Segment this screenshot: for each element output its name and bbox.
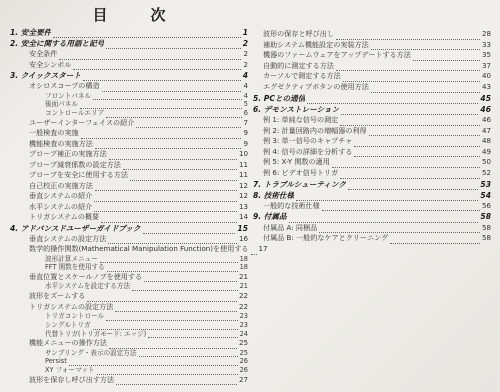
toc-entry[interactable]: 例 3: 単一信号のキャプチャ48 <box>253 136 491 147</box>
toc-entry-label: 例 4: 信号の詳細を分析する <box>263 147 352 158</box>
toc-entry[interactable]: コントロールエリア6 <box>10 109 248 118</box>
toc-entry[interactable]: Persist26 <box>10 357 248 366</box>
toc-entry-page: 14 <box>239 212 248 223</box>
toc-entry[interactable]: 9. 付属品58 <box>253 211 491 222</box>
toc-entry[interactable]: 後面パネル5 <box>10 100 248 109</box>
toc-entry-label: 8. 技術仕様 <box>253 190 294 201</box>
toc-entry[interactable]: 7. トラブルシューティング53 <box>253 179 491 190</box>
toc-entry-label: 機能メニューの操作方法 <box>29 338 107 349</box>
toc-entry-page: 22 <box>239 302 248 313</box>
toc-entry[interactable]: 波形の保存と呼び出し28 <box>253 29 491 40</box>
toc-entry-page: 58 <box>480 211 491 222</box>
toc-entry-label: 3. クイックスタート <box>10 70 81 81</box>
toc-entry-label: 波形を保存し呼び出す方法 <box>29 375 114 386</box>
toc-entry[interactable]: 自動的に測定する方法37 <box>253 61 491 72</box>
toc-entry-label: フロントパネル <box>45 92 91 101</box>
toc-entry-page: 10 <box>239 149 248 160</box>
toc-entry-page: 4 <box>243 70 248 81</box>
toc-entry[interactable]: 1. 安全要件1 <box>10 27 248 38</box>
toc-entry-label: 例 3: 単一信号のキャプチャ <box>263 136 352 147</box>
toc-entry-page: 45 <box>480 93 491 104</box>
toc-column-right: 波形の保存と呼び出し28補助システム機能設定の実装方法33機器のファームウェアを… <box>253 29 491 244</box>
toc-entry-label: プローブ補正の実施方法 <box>29 149 107 160</box>
toc-entry-page: 24 <box>240 330 248 339</box>
toc-entry[interactable]: 一般的な技術仕様56 <box>253 201 491 212</box>
toc-entry-label: 9. 付属品 <box>253 211 287 222</box>
toc-entry-page: 21 <box>240 282 248 291</box>
toc-entry-page: 35 <box>482 50 491 61</box>
toc-entry[interactable]: 数学的操作関数(Mathematical Manipulation Functi… <box>10 244 248 255</box>
page-title: 目 次 <box>10 4 248 25</box>
toc-entry[interactable]: 例 1: 単純な信号の測定46 <box>253 115 491 126</box>
toc-entry[interactable]: 付属品 A: 同梱品58 <box>253 223 491 234</box>
toc-entry-page: 25 <box>239 338 248 349</box>
toc-entry[interactable]: カーソルで測定する方法40 <box>253 71 491 82</box>
toc-entry[interactable]: プローブ補正の実施方法10 <box>10 149 248 160</box>
toc-entry-page: 18 <box>240 255 248 264</box>
toc-entry-page: 7 <box>243 118 248 129</box>
toc-entry[interactable]: ユーザーインターフェイスの紹介7 <box>10 118 248 129</box>
toc-entry-label: ユーザーインターフェイスの紹介 <box>29 118 134 129</box>
toc-entry-page: 26 <box>240 357 248 366</box>
toc-entry[interactable]: シングルトリガ23 <box>10 321 248 330</box>
toc-entry[interactable]: 機器のファームウェアをアップデートする方法35 <box>253 50 491 61</box>
dot-leader <box>390 241 480 244</box>
toc-entry[interactable]: トリガシステムの設定方法22 <box>10 302 248 313</box>
toc-entry-page: 33 <box>482 40 491 51</box>
toc-entry-page: 6 <box>244 109 248 118</box>
toc-entry-label: エグゼクティブボタンの使用方法 <box>263 82 369 93</box>
toc-entry-page: 56 <box>482 201 491 212</box>
toc-entry[interactable]: トリガシステムの概要14 <box>10 212 248 223</box>
toc-entry[interactable]: トリガコントロール23 <box>10 312 248 321</box>
toc-entry-page: 17 <box>259 244 268 255</box>
toc-entry-label: トリガシステムの設定方法 <box>29 302 113 313</box>
toc-entry-label: プローブを安全に使用する方法 <box>29 170 128 181</box>
toc-entry-label: 一般的な技術仕様 <box>263 201 320 212</box>
toc-entry[interactable]: 自己校正の実施方法12 <box>10 181 248 192</box>
toc-entry-label: シングルトリガ <box>45 321 91 330</box>
toc-entry-page: 2 <box>243 49 248 60</box>
toc-entry[interactable]: エグゼクティブボタンの使用方法43 <box>253 82 491 93</box>
toc-entry[interactable]: オシロスコープの構造4 <box>10 81 248 92</box>
toc-entry-label: 波形の保存と呼び出し <box>263 29 334 40</box>
toc-entry-page: 13 <box>239 202 248 213</box>
toc-entry-page: 11 <box>239 160 248 171</box>
toc-entry[interactable]: 例 5: X-Y 関数の適用50 <box>253 157 491 168</box>
toc-entry-page: 25 <box>240 349 248 358</box>
toc-entry-label: 機能検査の実施方法 <box>29 139 93 150</box>
toc-entry-label: 付属品 B: 一般的なケアとクリーニング <box>263 233 388 244</box>
toc-entry-label: 例 2: 計量回路内の増幅器の利得 <box>263 126 367 137</box>
toc-entry-label: トリガシステムの概要 <box>29 212 99 223</box>
toc-entry[interactable]: 一般検査の実施9 <box>10 128 248 139</box>
toc-entry-label: 2. 安全に関する用語と記号 <box>10 38 104 49</box>
toc-entry-label: 例 5: X-Y 関数の適用 <box>263 157 330 168</box>
toc-entry-page: 12 <box>239 191 248 202</box>
toc-entry-page: 23 <box>240 321 248 330</box>
toc-entry-label: 安全条件 <box>29 49 57 60</box>
toc-entry-label: カーソルで測定する方法 <box>263 71 341 82</box>
toc-entry-label: 例 6: ビデオ信号トリガ <box>263 168 338 179</box>
toc-entry-label: 水平システムの紹介 <box>29 202 92 213</box>
toc-entry-label: 垂直位置とスケールノブを使用する <box>29 272 142 283</box>
toc-entry-page: 58 <box>482 233 491 244</box>
toc-entry-page: 4 <box>243 81 248 92</box>
toc-entry-page: 46 <box>482 115 491 126</box>
toc-entry[interactable]: 機能検査の実施方法9 <box>10 139 248 150</box>
toc-entry[interactable]: 4. アドバンスドユーザーガイドブック15 <box>10 223 248 234</box>
toc-entry[interactable]: 5. PCとの通信45 <box>253 93 491 104</box>
toc-entry-page: 22 <box>239 291 248 302</box>
toc-entry[interactable]: フロントパネル4 <box>10 92 248 101</box>
toc-entry-label: 機器のファームウェアをアップデートする方法 <box>263 50 411 61</box>
toc-entry[interactable]: 垂直システムの紹介12 <box>10 191 248 202</box>
toc-entry-label: 安全シンボル <box>29 60 71 71</box>
toc-entry-page: 18 <box>240 263 248 272</box>
toc-entry[interactable]: 3. クイックスタート4 <box>10 70 248 81</box>
toc-entry[interactable]: 安全シンボル2 <box>10 60 248 71</box>
toc-entry-page: 12 <box>239 181 248 192</box>
toc-entry-label: 垂直システムの紹介 <box>29 191 92 202</box>
toc-entry-label: 7. トラブルシューティング <box>253 179 346 190</box>
toc-entry[interactable]: サンプリング・表示の設定方法25 <box>10 349 248 358</box>
toc-entry-page: 27 <box>239 375 248 386</box>
toc-entry-label: 例 1: 単純な信号の測定 <box>263 115 338 126</box>
dot-leader <box>116 382 237 385</box>
toc-entry-label: オシロスコープの構造 <box>29 81 100 92</box>
toc-entry[interactable]: 例 6: ビデオ信号トリガ52 <box>253 168 491 179</box>
toc-entry[interactable]: 6. デモンストレーション46 <box>253 104 491 115</box>
toc-entry-page: 54 <box>480 190 491 201</box>
toc-entry-label: プローブ減衰係数の設定方法 <box>29 160 121 171</box>
toc-entry-label: 4. アドバンスドユーザーガイドブック <box>10 223 141 234</box>
toc-entry-page: 28 <box>482 29 491 40</box>
toc-entry[interactable]: 例 4: 信号の詳細を分析する49 <box>253 147 491 158</box>
toc-entry-page: 2 <box>243 38 248 49</box>
toc-entry-page: 43 <box>482 82 491 93</box>
toc-entry-page: 49 <box>482 147 491 158</box>
toc-entry-page: 15 <box>237 223 248 234</box>
toc-entry[interactable]: 波形計算メニュー18 <box>10 255 248 264</box>
toc-column-left: 1. 安全要件12. 安全に関する用語と記号2安全条件2安全シンボル23. クイ… <box>10 27 248 385</box>
toc-entry[interactable]: 水平システムを設定する方法21 <box>10 282 248 291</box>
toc-entry-page: 1 <box>243 27 248 38</box>
toc-entry-page: 23 <box>240 312 248 321</box>
toc-entry-page: 5 <box>244 100 248 109</box>
toc-entry-label: FFT 関数を使用する <box>45 263 105 272</box>
toc-entry[interactable]: 波形をズームする22 <box>10 291 248 302</box>
toc-entry-label: 水平システムを設定する方法 <box>45 282 130 291</box>
toc-entry-label: 自動的に測定する方法 <box>263 61 334 72</box>
toc-entry-label: 一般検査の実施 <box>29 128 79 139</box>
toc-entry-label: 代替トリガ(トリガモード: エッジ) <box>45 330 146 339</box>
toc-entry-label: 6. デモンストレーション <box>253 104 339 115</box>
toc-entry-label: 後面パネル <box>45 100 78 109</box>
toc-entry-page: 11 <box>239 170 248 181</box>
toc-entry[interactable]: 8. 技術仕様54 <box>253 190 491 201</box>
dot-leader <box>251 252 257 255</box>
toc-entry[interactable]: 波形を保存し呼び出す方法27 <box>10 375 248 386</box>
toc-entry-page: 50 <box>482 157 491 168</box>
toc-entry-page: 4 <box>244 92 248 101</box>
toc-entry-page: 37 <box>482 61 491 72</box>
scanned-toc-page: 目 次 1. 安全要件12. 安全に関する用語と記号2安全条件2安全シンボル23… <box>0 0 500 392</box>
toc-entry[interactable]: プローブを安全に使用する方法11 <box>10 170 248 181</box>
toc-entry-page: 16 <box>239 234 248 245</box>
toc-entry[interactable]: 付属品 B: 一般的なケアとクリーニング58 <box>253 233 491 244</box>
toc-entry[interactable]: プローブ減衰係数の設定方法11 <box>10 160 248 171</box>
toc-entry-page: 2 <box>243 60 248 71</box>
toc-entry-label: 波形をズームする <box>29 291 85 302</box>
toc-entry-page: 53 <box>480 179 491 190</box>
toc-entry-page: 40 <box>482 71 491 82</box>
toc-entry-label: コントロールエリア <box>45 109 104 118</box>
toc-entry-label: 1. 安全要件 <box>10 27 51 38</box>
toc-entry-page: 46 <box>480 104 491 115</box>
toc-entry-label: XY フォーマット <box>45 366 95 375</box>
toc-entry-page: 26 <box>240 366 248 375</box>
toc-entry-label: 数学的操作関数(Mathematical Manipulation Functi… <box>29 244 249 255</box>
toc-entry[interactable]: 代替トリガ(トリガモード: エッジ)24 <box>10 330 248 339</box>
toc-entry-page: 52 <box>482 168 491 179</box>
toc-entry-page: 47 <box>482 126 491 137</box>
toc-entry-page: 9 <box>243 128 248 139</box>
toc-entry-label: サンプリング・表示の設定方法 <box>45 349 137 358</box>
toc-entry-page: 21 <box>239 272 248 283</box>
toc-entry[interactable]: 例 2: 計量回路内の増幅器の利得47 <box>253 126 491 137</box>
toc-entry[interactable]: XY フォーマット26 <box>10 366 248 375</box>
toc-entry[interactable]: FFT 関数を使用する18 <box>10 263 248 272</box>
toc-entry[interactable]: 垂直システムの設定方法16 <box>10 234 248 245</box>
toc-entry-label: 波形計算メニュー <box>45 255 98 264</box>
toc-entry-label: 垂直システムの設定方法 <box>29 234 106 245</box>
toc-entry[interactable]: 2. 安全に関する用語と記号2 <box>10 38 248 49</box>
toc-entry-page: 58 <box>482 223 491 234</box>
toc-entry[interactable]: 水平システムの紹介13 <box>10 202 248 213</box>
toc-entry[interactable]: 補助システム機能設定の実装方法33 <box>253 40 491 51</box>
toc-entry-label: 自己校正の実施方法 <box>29 181 93 192</box>
toc-entry-label: トリガコントロール <box>45 312 104 321</box>
toc-entry[interactable]: 安全条件2 <box>10 49 248 60</box>
toc-entry-page: 9 <box>243 139 248 150</box>
toc-entry-label: 付属品 A: 同梱品 <box>263 223 317 234</box>
toc-entry-label: 5. PCとの通信 <box>253 93 305 104</box>
toc-entry-label: Persist <box>45 357 67 366</box>
toc-entry[interactable]: 垂直位置とスケールノブを使用する21 <box>10 272 248 283</box>
toc-entry[interactable]: 機能メニューの操作方法25 <box>10 338 248 349</box>
toc-entry-label: 補助システム機能設定の実装方法 <box>263 40 369 51</box>
toc-entry-page: 48 <box>482 136 491 147</box>
